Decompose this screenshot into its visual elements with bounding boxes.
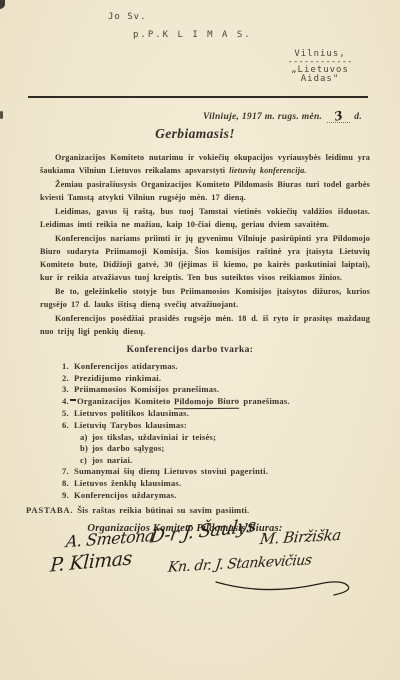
paragraph-2: Žemiau pasirašiusysis Organizacijos Komi… bbox=[40, 178, 370, 204]
addressee-name: p.P.K L I M A S. bbox=[133, 27, 252, 43]
paragraph-1: Organizacijos Komiteto nutarimu ir vokie… bbox=[40, 151, 370, 177]
agenda-item-8: 8.Lietuvos ženklų klausimas. bbox=[62, 478, 370, 490]
paragraph-1-text: Organizacijos Komiteto nutarimu ir vokie… bbox=[40, 153, 370, 175]
salutation: Gerbiamasis! bbox=[40, 126, 350, 142]
agenda-item-3: 3.Priimamosios Komisijos pranešimas. bbox=[62, 384, 370, 396]
dateline-day-slot: 3 bbox=[327, 108, 350, 123]
signature-klimas: P. Klimas bbox=[50, 547, 133, 576]
agenda-list: 1.Konferencijos atidarymas. 2.Prezidijum… bbox=[62, 361, 370, 501]
dateline-prefix: Vilniuje, 1917 m. rugs. mėn. bbox=[203, 112, 322, 122]
agenda-item-5: 5.Lietuvos politikos klausimas. bbox=[62, 408, 370, 420]
agenda-item-1: 1.Konferencijos atidarymas. bbox=[62, 361, 370, 373]
dateline: Vilniuje, 1917 m. rugs. mėn. 3 d. bbox=[203, 108, 362, 123]
horizontal-rule bbox=[28, 96, 368, 98]
signature-stankevicius: Kn. dr. J. Stankevičius bbox=[167, 552, 312, 576]
paper-edge-artifact bbox=[0, 111, 3, 119]
agenda-item-7: 7.Sumanymai šių dienų Lietuvos stoviui p… bbox=[62, 466, 370, 478]
masthead-org: „Lietuvos Aidas" bbox=[270, 66, 370, 84]
signature-birziska: M. Biržiška bbox=[259, 526, 342, 548]
paragraph-4: Konferencijos nariams priimti ir jų gyve… bbox=[40, 232, 370, 284]
paper-corner-artifact bbox=[0, 0, 5, 9]
signature-flourish bbox=[214, 574, 364, 600]
agenda-subitem-c: c)jos nariai. bbox=[80, 455, 370, 467]
note-text: Šis raštas reikia būtinai su savim pasii… bbox=[73, 505, 249, 515]
agenda-item-9: 9.Konferencijos uždarymas. bbox=[62, 490, 370, 502]
agenda-item-6: 6.Lietuvių Tarybos klausimas: bbox=[62, 420, 370, 432]
paragraph-5: Be to, geležinkelio stotyje bus Priimamo… bbox=[40, 285, 370, 311]
masthead-block: Vilnius, ------------ „Lietuvos Aidas" bbox=[270, 50, 370, 84]
letter-body: Gerbiamasis! Organizacijos Komiteto nuta… bbox=[40, 126, 370, 534]
note-label: PASTABA. bbox=[26, 505, 73, 515]
paragraph-1-italic: lietuvių konferencija. bbox=[229, 166, 306, 175]
note-line: PASTABA. Šis raštas reikia būtinai su sa… bbox=[26, 505, 370, 515]
addressee-honorific: Jo Sv. bbox=[108, 9, 252, 25]
letter-page: Jo Sv. p.P.K L I M A S. Vilnius, -------… bbox=[0, 0, 400, 680]
paragraph-6: Konferencijos posėdžiai prasidės rugsėjo… bbox=[40, 312, 370, 338]
agenda-subitem-b: b)jos darbo sąlygos; bbox=[80, 443, 370, 455]
agenda-item-2: 2.Prezidijumo rinkimai. bbox=[62, 373, 370, 385]
agenda-title: Konferencijos darbo tvarka: bbox=[40, 345, 340, 355]
pen-mark bbox=[70, 399, 76, 400]
hand-underlined-text: Pildomojo Biuro bbox=[174, 396, 239, 409]
agenda-subitem-a: a)jos tikslas, uždaviniai ir teisės; bbox=[80, 432, 370, 444]
dateline-handwritten-day: 3 bbox=[333, 108, 345, 124]
agenda-item-4: 4.Organizacijos Komiteto Pildomojo Biuro… bbox=[62, 396, 370, 409]
paragraph-3: Leidimas, gavus šį raštą, bus tuoj Tamst… bbox=[40, 205, 370, 231]
addressee-block: Jo Sv. p.P.K L I M A S. bbox=[108, 9, 252, 43]
dateline-suffix: d. bbox=[354, 112, 362, 122]
